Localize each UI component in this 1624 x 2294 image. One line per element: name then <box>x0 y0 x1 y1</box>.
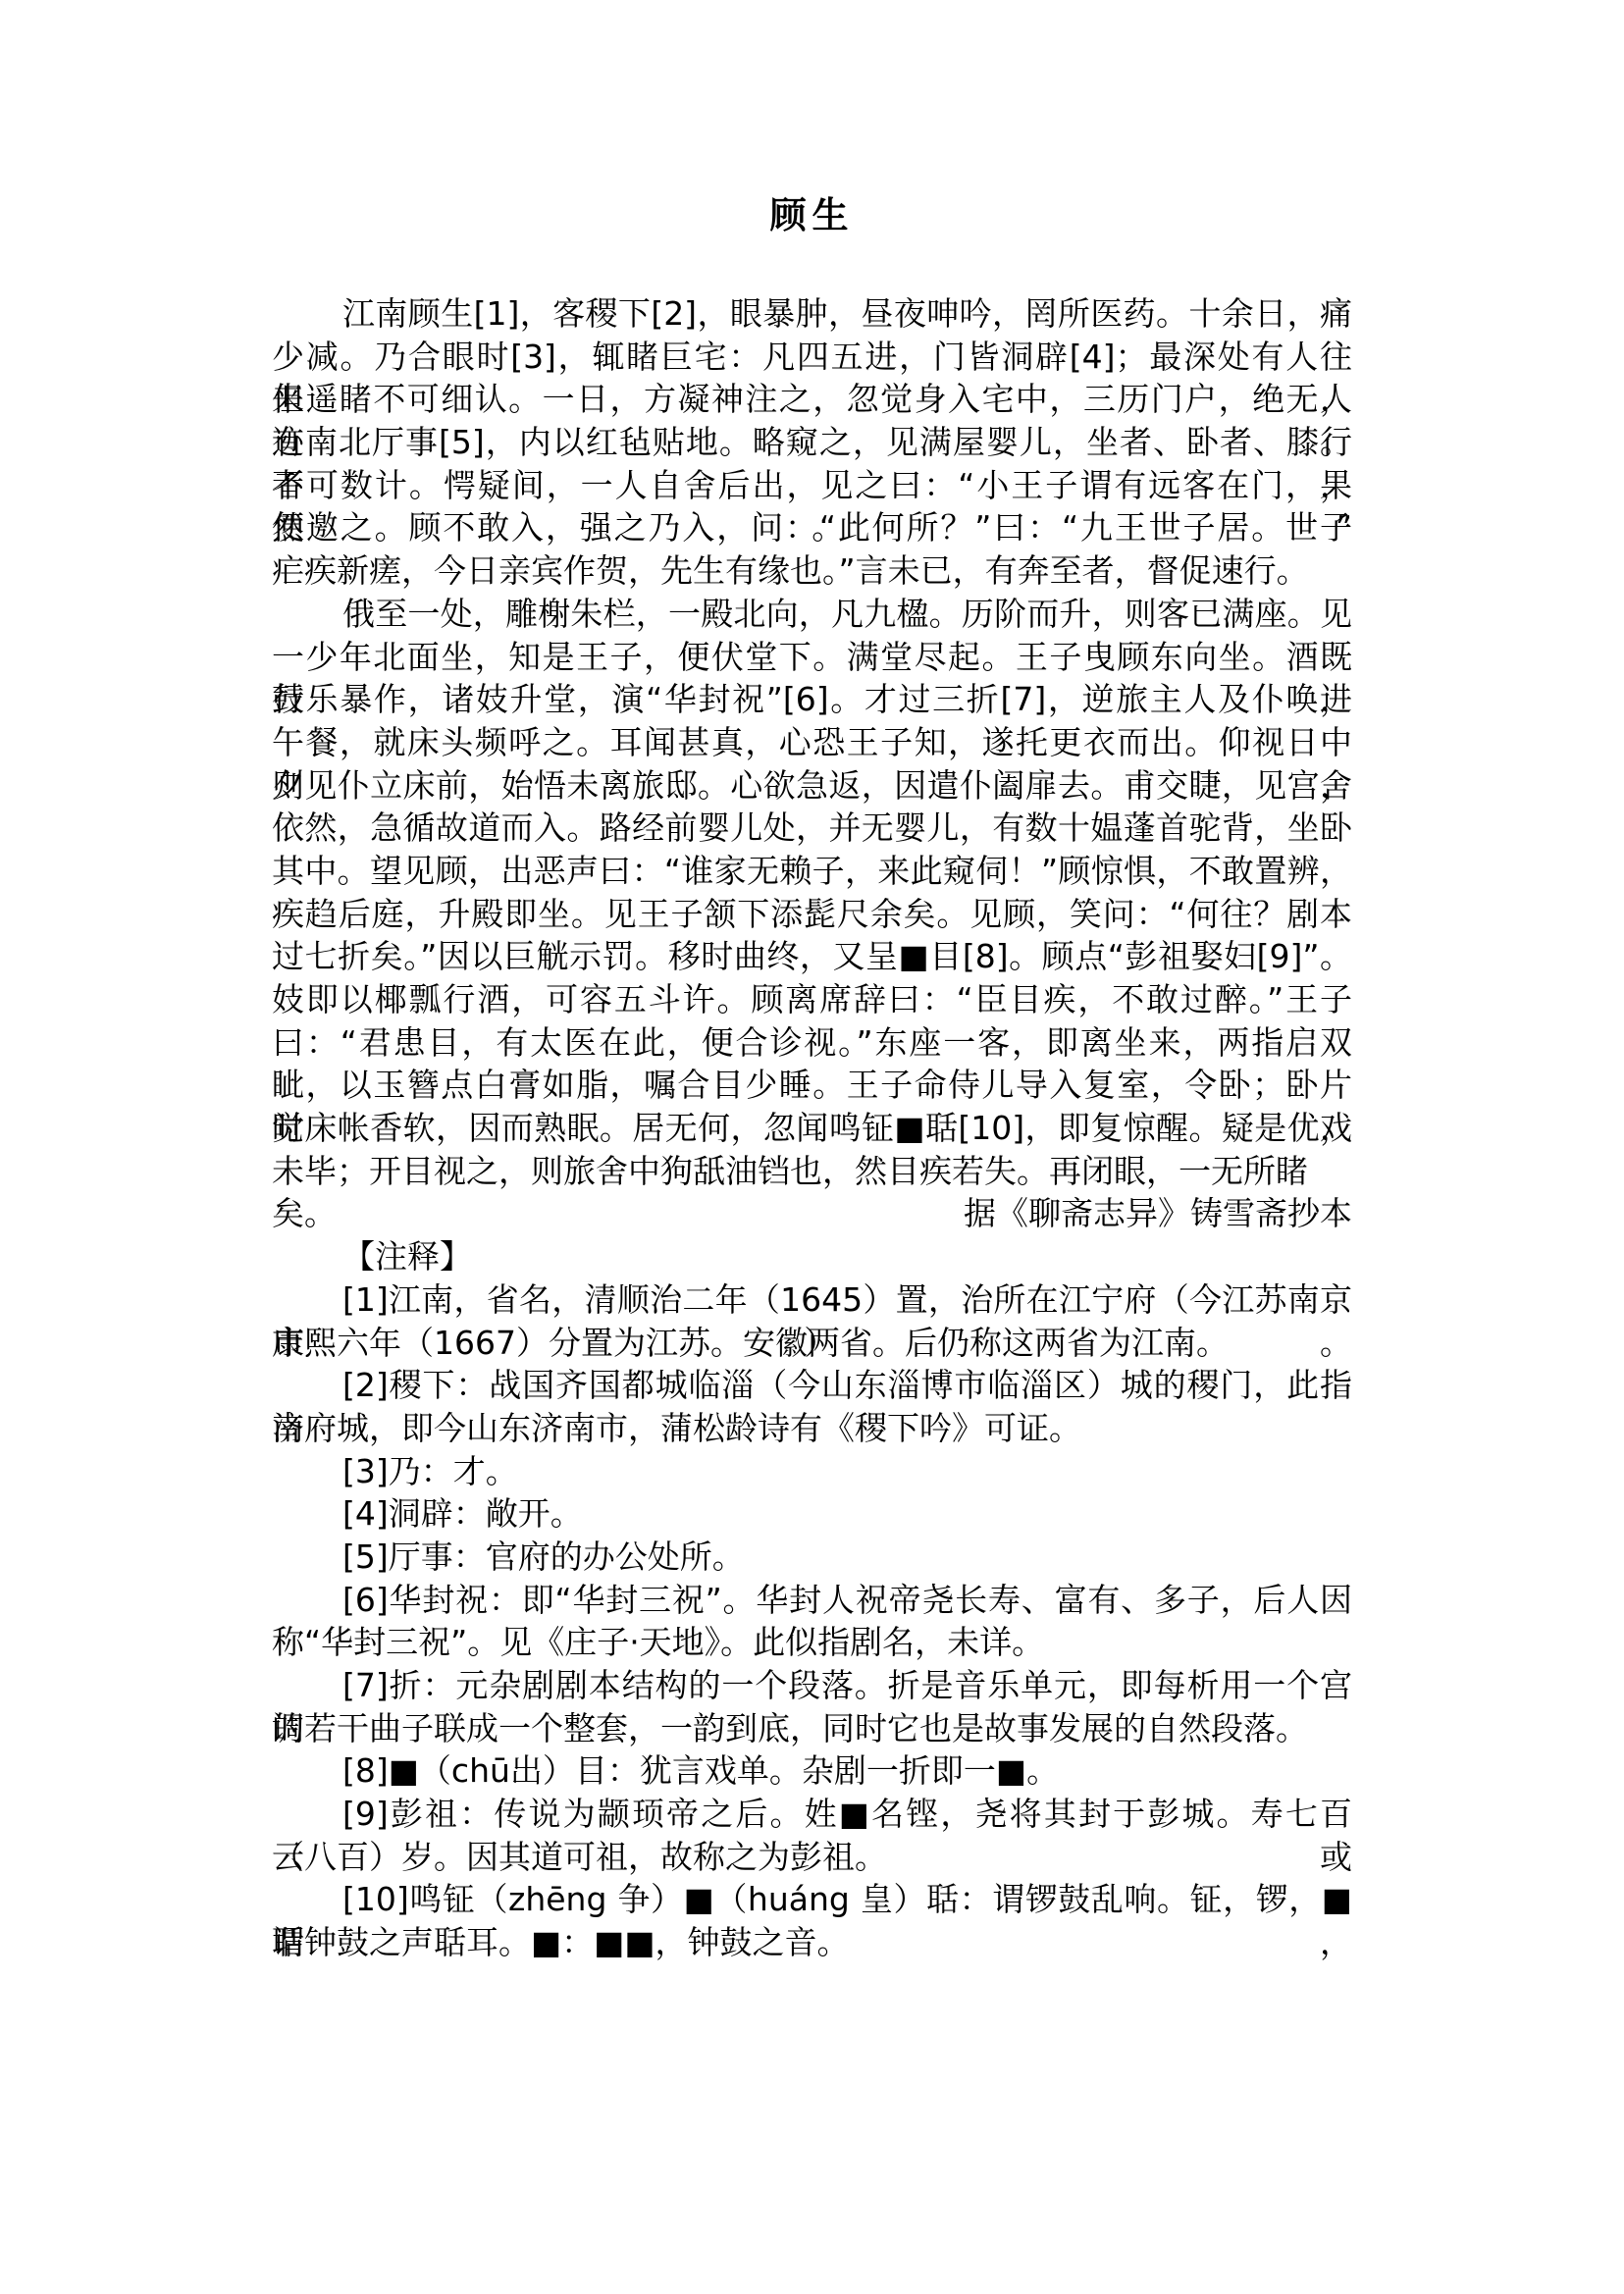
story-line: 妓即以椰瓢行酒，可容五斗许。顾离席辞曰：“臣目疾，不敢过醉。”王子 <box>272 978 1352 1021</box>
story-line: 便邀之。顾不敢入，强之乃入，问：“此何所？”曰：“九王世子居。世子 <box>272 506 1352 549</box>
story-line: 则见仆立床前，始悟未离旅邸。心欲急返，因遣仆阖扉去。甫交睫，见宫舍 <box>272 764 1352 808</box>
page-title: 顾生 <box>272 194 1352 237</box>
note-line: [9]彭祖：传说为颛顼帝之后。姓■名铿，尧将其封于彭城。寿七百（或 <box>272 1793 1352 1836</box>
note-line: 南府城，即今山东济南市，蒲松龄诗有《稷下吟》可证。 <box>272 1407 1352 1450</box>
notes-header: 【注释】 <box>272 1235 1352 1278</box>
story-line: 过七折矣。”因以巨觥示罚。移时曲终，又呈■目[8]。顾点“彭祖娶妇[9]”。 <box>272 935 1352 978</box>
note-line: 的若干曲子联成一个整套，一韵到底，同时它也是故事发展的自然段落。 <box>272 1707 1352 1750</box>
note-line: [2]稷下：战国齐国都城临淄（今山东淄博市临淄区）城的稷门，此指济 <box>272 1364 1352 1407</box>
story-line: 疾趋后庭，升殿即坐。见王子颔下添髭尺余矣。见顾，笑问：“何往？剧本 <box>272 893 1352 936</box>
document-page: { "doc": { "title": "顾生", "p1": [ "江南顾生[… <box>0 0 1624 2294</box>
story-line: 鼓乐暴作，诸妓升堂，演“华封祝”[6]。才过三折[7]，逆旅主人及仆唤进 <box>272 678 1352 721</box>
source-attribution: 据《聊斋志异》铸雪斋抄本 <box>272 1192 1352 1235</box>
note-line: 康熙六年（1667）分置为江苏。安徽两省。后仍称这两省为江南。 <box>272 1322 1352 1365</box>
note-line: [4]洞辟：敞开。 <box>272 1492 1352 1536</box>
note-line: [7]折：元杂剧剧本结构的一个段落。折是音乐单元，即每析用一个宫调 <box>272 1664 1352 1707</box>
story-line: 少减。乃合眼时[3]，辄睹巨宅：凡四五进，门皆洞辟[4]；最深处有人往来， <box>272 336 1352 379</box>
story-line: 江南顾生[1]，客稷下[2]，眼暴肿，昼夜呻吟，罔所医药。十余日，痛 <box>272 292 1352 336</box>
story-line: 未毕；开目视之，则旅舍中狗舐油铛也，然目疾若失。再闭眼，一无所睹矣。 <box>272 1150 1352 1193</box>
note-line: [6]华封祝：即“华封三祝”。华封人祝帝尧长寿、富有、多子，后人因 <box>272 1579 1352 1622</box>
story-line: 依然，急循故道而入。路经前婴儿处，并无婴儿，有数十媪蓬首驼背，坐卧 <box>272 807 1352 850</box>
note-line: [3]乃：才。 <box>272 1450 1352 1493</box>
story-line: 一少年北面坐，知是王子，便伏堂下。满堂尽起。王子曳顾东向坐。酒既行， <box>272 636 1352 679</box>
story-line: 俄至一处，雕榭朱栏，一殿北向，凡九楹。历阶而升，则客已满座。见 <box>272 593 1352 636</box>
note-line: [1]江南，省名，清顺治二年（1645）置，治所在江宁府（今江苏南京市）。 <box>272 1278 1352 1322</box>
story-line: 有南北厅事[5]，内以红毡贴地。略窥之，见满屋婴儿，坐者、卧者、膝行者， <box>272 421 1352 464</box>
document-content: 顾生 江南顾生[1]，客稷下[2]，眼暴肿，昼夜呻吟，罔所医药。十余日，痛 少减… <box>272 194 1352 1964</box>
story-line: 但遥睹不可细认。一日，方凝神注之，忽觉身入宅中，三历门户，绝无人迹。 <box>272 378 1352 421</box>
story-line: 觉床帐香软，因而熟眠。居无何，忽闻鸣钲■聒[10]，即复惊醒。疑是优戏 <box>272 1107 1352 1150</box>
story-line: 不可数计。愕疑间，一人自舍后出，见之曰：“小王子谓有远客在门，果然。” <box>272 464 1352 507</box>
note-line: [8]■（chū出）目：犹言戏单。杂剧一折即一■。 <box>272 1749 1352 1793</box>
note-line: 称“华封三祝”。见《庄子·天地》。此似指剧名，未详。 <box>272 1621 1352 1664</box>
story-line: 曰：“君患目，有太医在此，便合诊视。”东座一客，即离坐来，两指启双 <box>272 1021 1352 1065</box>
story-line: 其中。望见顾，出恶声曰：“谁家无赖子，来此窥伺！”顾惊惧，不敢置辨， <box>272 850 1352 893</box>
story-line: 眦，以玉簪点白膏如脂，嘱合目少睡。王子命侍儿导入复室，令卧；卧片时， <box>272 1064 1352 1107</box>
note-line: [5]厅事：官府的办公处所。 <box>272 1536 1352 1579</box>
note-line: [10]鸣钲（zhēng 争）■（huáng 皇）聒：谓锣鼓乱响。钲，锣，■聒， <box>272 1878 1352 1921</box>
story-line: 午餐，就床头频呼之。耳闻甚真，心恐王子知，遂托更衣而出。仰视日中夕， <box>272 721 1352 764</box>
story-line: 疟疾新瘥，今日亲宾作贺，先生有缘也。”言未已，有奔至者，督促速行。 <box>272 549 1352 593</box>
